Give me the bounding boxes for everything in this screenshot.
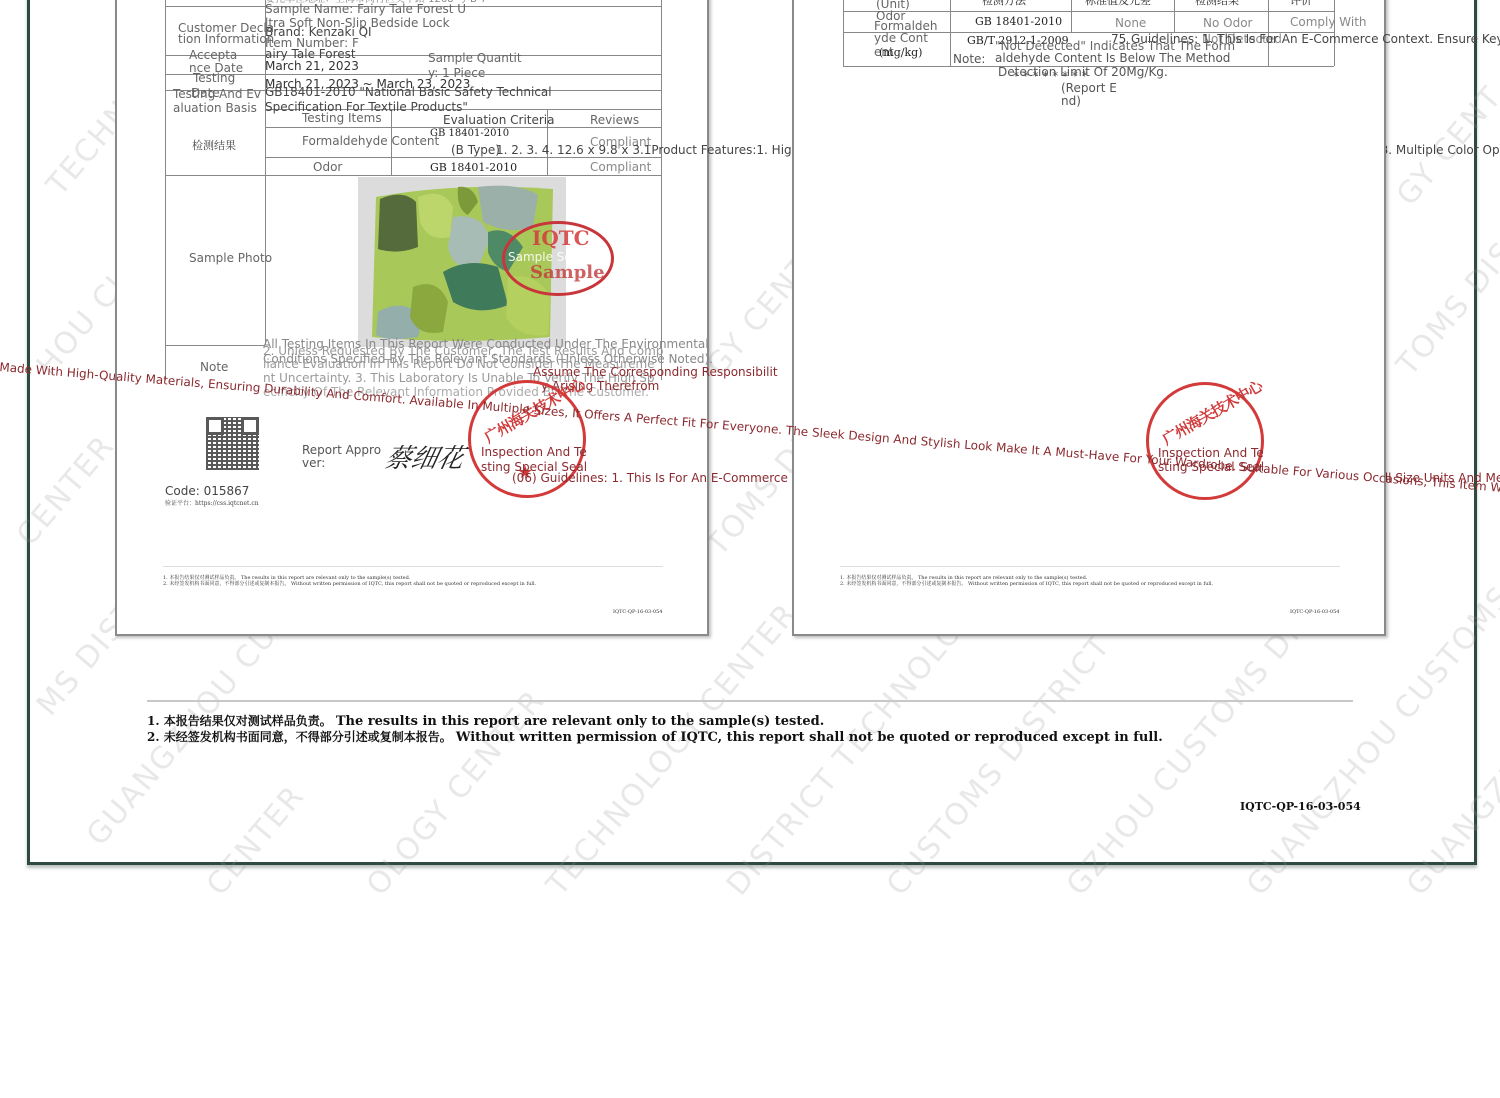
note-text: aldehyde Content Is Below The Method: [995, 52, 1230, 64]
results-header-item: Testing Items: [302, 112, 382, 124]
results-header-reviews: Reviews: [590, 114, 639, 126]
customer-declaration-label: tion Information: [178, 33, 274, 45]
form-code: IQTC-QP-16-03-054: [1290, 609, 1339, 615]
footer-divider: [147, 700, 1353, 702]
verify-url[interactable]: 验证平台：https://css.iqtcnet.cn: [165, 498, 259, 507]
evaluation-header: 评价: [1290, 0, 1312, 8]
responsibility-text: Assume The Corresponding Responsibilit: [533, 366, 778, 378]
row-evaluation: Comply With: [1290, 16, 1367, 28]
footer-line-1-en: The results in this report are relevant …: [336, 714, 824, 729]
form-code: IQTC-QP-16-03-054: [613, 609, 662, 615]
evaluation-basis-value: GB18401-2010 "National Basic Safety Tech…: [265, 86, 552, 98]
qr-code[interactable]: [206, 417, 259, 470]
report-end: (Report E: [1061, 82, 1117, 94]
row-standard: None: [1115, 17, 1146, 29]
row-method: GB 18401-2010: [975, 15, 1062, 28]
footer-note: 2. 未经签发机构书面同意，不得部分引述或复制本报告。 Without writ…: [163, 580, 536, 587]
sample-quantity: Sample Quantit: [428, 52, 522, 64]
approver-signature: 蔡细花: [382, 438, 468, 475]
report-end: nd): [1061, 95, 1081, 107]
standard-header: 标准值及允差: [1085, 0, 1151, 8]
result-criteria: GB 18401-2010: [430, 128, 509, 139]
sample-name: Sample Name: Fairy Tale Forest U: [265, 3, 466, 15]
result-item: Formaldehyde Content: [302, 135, 439, 147]
footer-line-1-cn: 1. 本报告结果仅对测试样品负责。: [147, 714, 332, 728]
result-criteria: GB 18401-2010: [430, 161, 517, 174]
footer-line-2-cn: 2. 未经签发机构书面同意，不得部分引述或复制本报告。: [147, 730, 452, 744]
report-page-right: [792, 0, 1386, 636]
testing-date-label: Testing: [193, 72, 235, 84]
footer-line-1: 1. 本报告结果仅对测试样品负责。 The results in this re…: [147, 712, 824, 729]
results-header-criteria: Evaluation Criteria: [443, 114, 555, 126]
method-header: 检测方法: [982, 0, 1026, 8]
results-label: 检测结果: [192, 137, 236, 153]
form-code: IQTC-QP-16-03-054: [1240, 800, 1361, 813]
sample-seal-label: Sample Seal: [508, 251, 583, 263]
report-approver-label: Report Appro: [302, 444, 381, 456]
evaluation-basis-label: Testing And Ev: [173, 88, 261, 100]
footer-note: 2. 未经签发机构书面同意，不得部分引述或复制本报告。 Without writ…: [840, 580, 1213, 587]
note-label: Note: [200, 361, 228, 373]
footer-line-2: 2. 未经签发机构书面同意，不得部分引述或复制本报告。 Without writ…: [147, 728, 1163, 745]
row-result: No Odor: [1203, 17, 1252, 29]
note-label: Note:: [953, 53, 985, 65]
result-criteria-sub: (B Type): [451, 144, 500, 156]
row-unit: (mg/kg): [879, 46, 922, 59]
result-item: Odor: [313, 161, 342, 173]
sample-seal-word: Sample: [530, 262, 605, 283]
sample-photo-label: Sample Photo: [189, 252, 272, 264]
footer-line-2-en: Without written permission of IQTC, this…: [456, 730, 1163, 745]
row-item: yde Cont: [874, 32, 928, 44]
evaluation-basis-label: aluation Basis: [173, 102, 257, 114]
report-code: Code: 015867: [165, 485, 249, 497]
seal-label: Inspection And Te: [481, 446, 587, 458]
acceptance-date-label: Accepta: [189, 49, 237, 61]
report-approver-label: ver:: [302, 457, 325, 469]
result-header: 检测结果: [1195, 0, 1239, 8]
acceptance-date-value: March 21, 2023: [265, 60, 359, 72]
sample-seal-brand: IQTC: [532, 226, 590, 250]
result-review: Compliant: [590, 161, 651, 173]
